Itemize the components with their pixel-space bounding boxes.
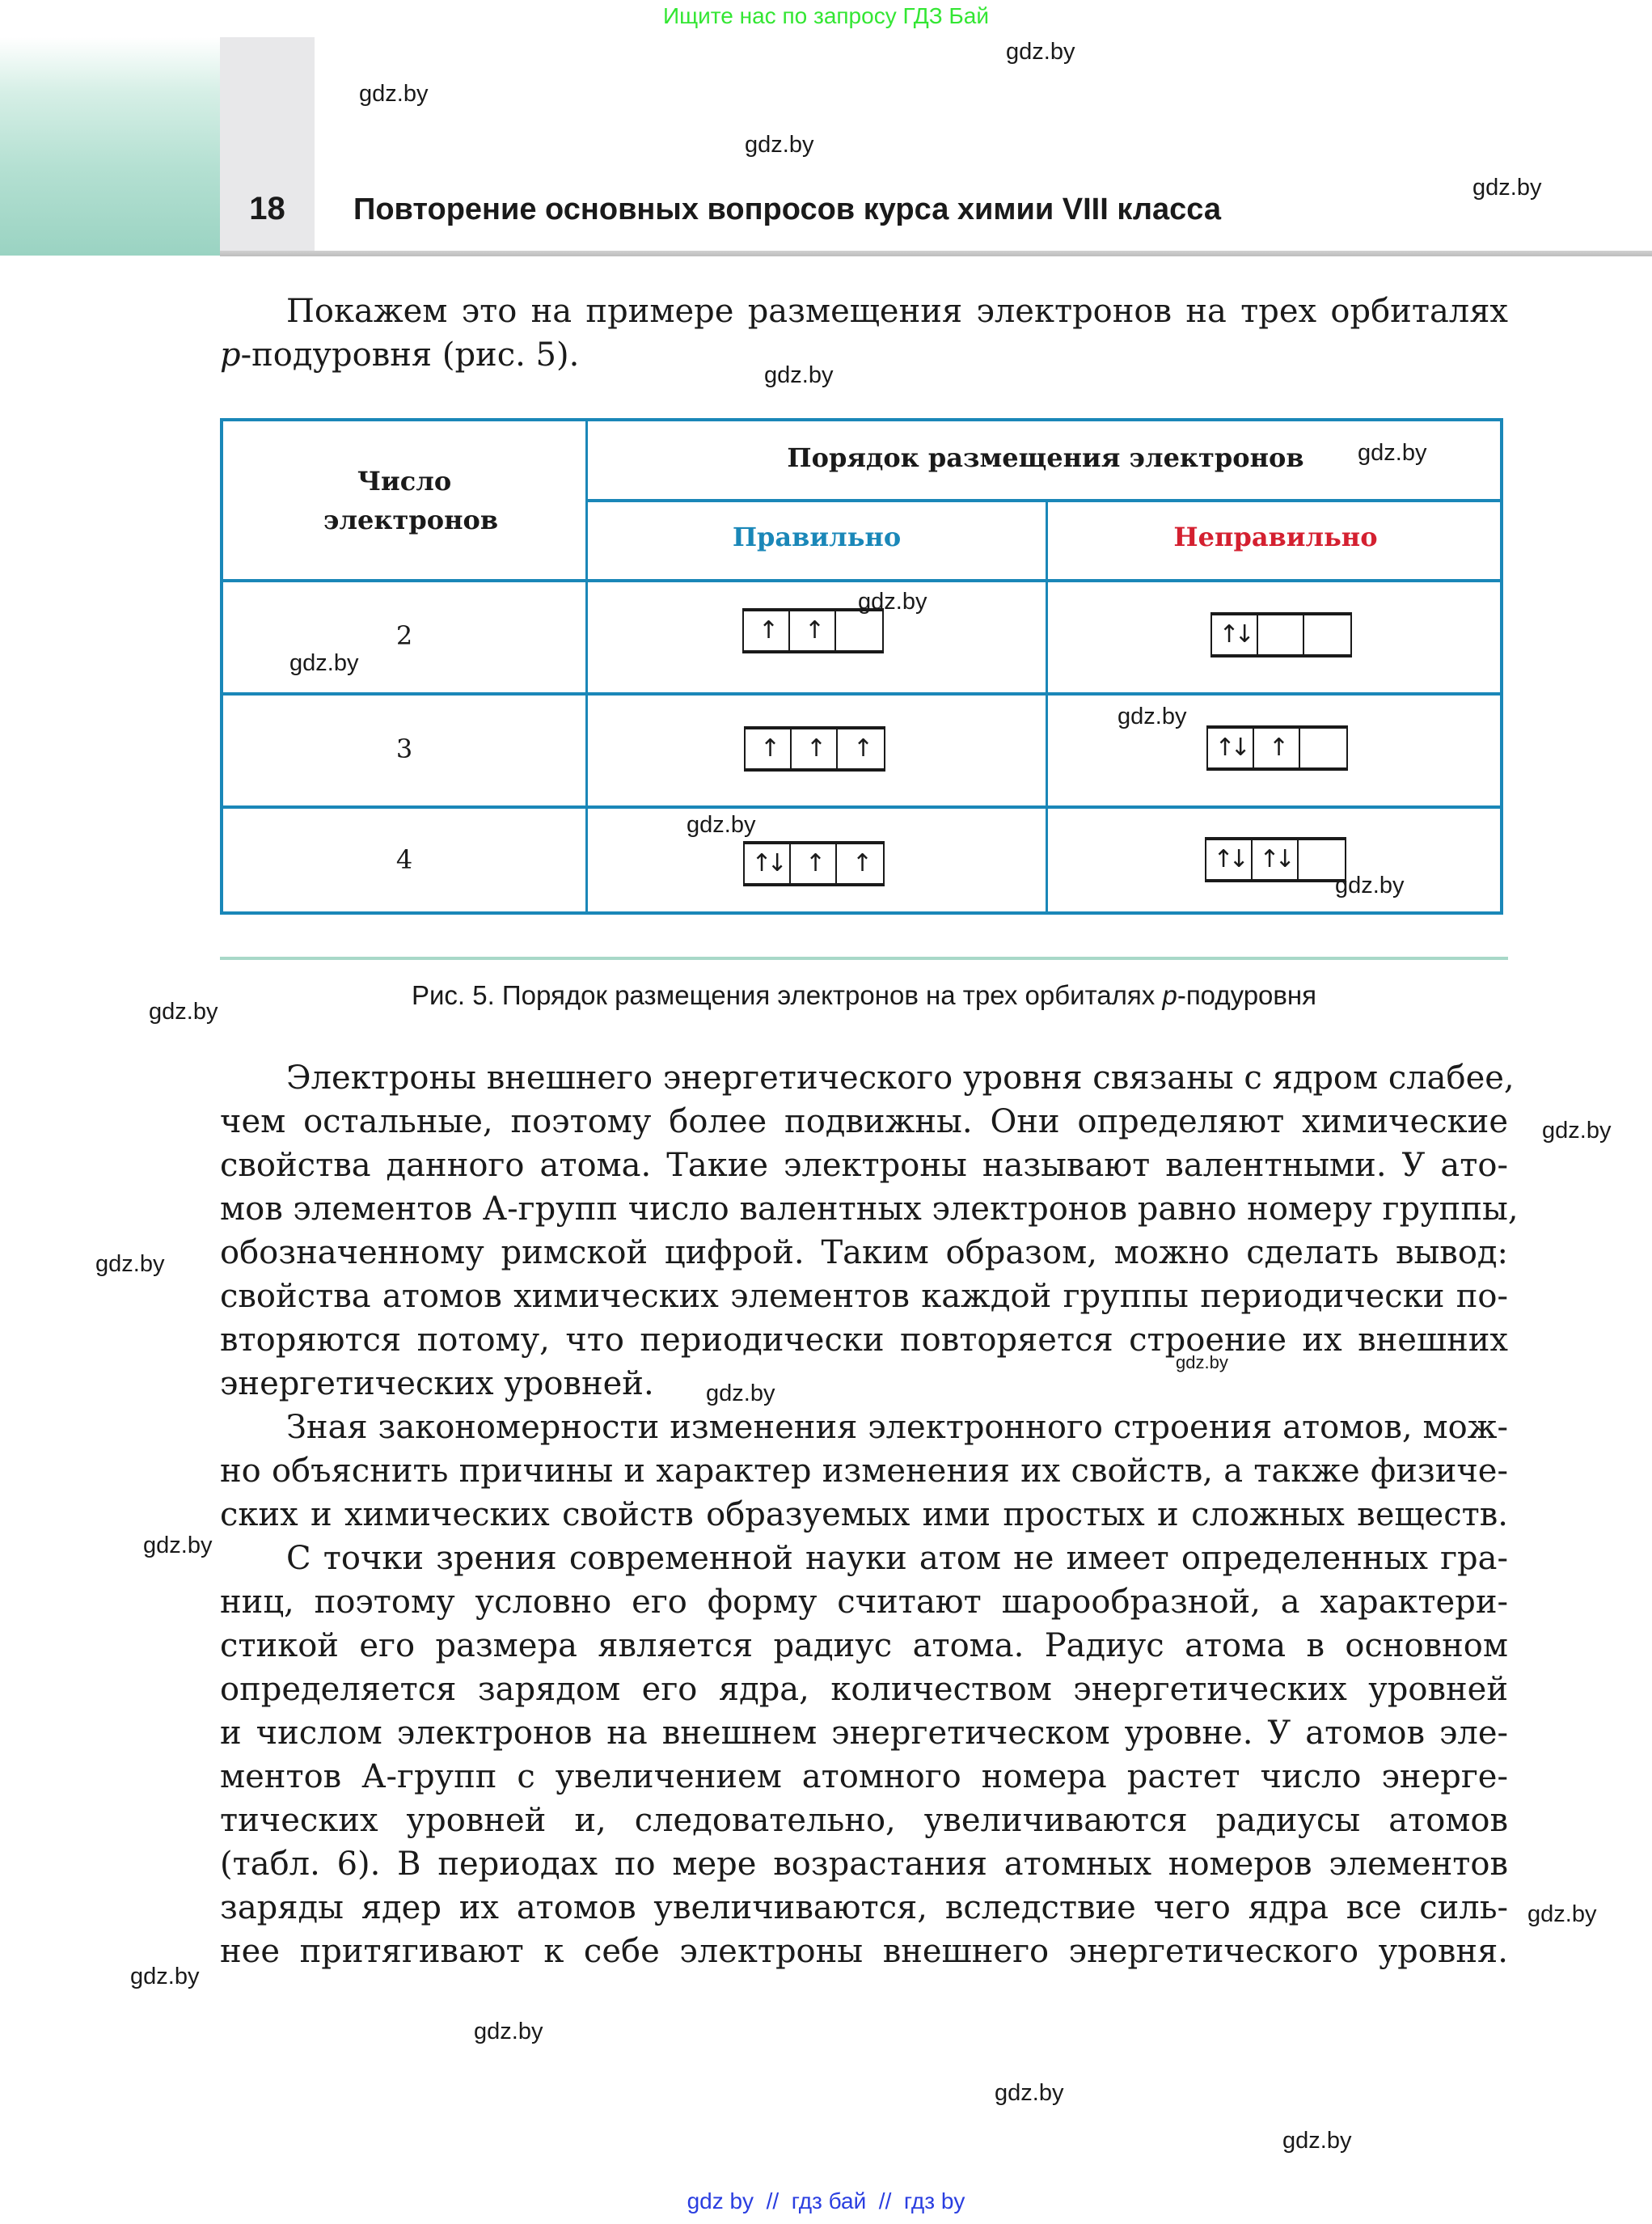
chapter-title: Повторение основных вопросов курса химии…	[353, 192, 1221, 227]
text-line: но объяснить причины и характер изменени…	[220, 1449, 1508, 1493]
footer-links[interactable]: gdz by // гдз бай // гдз by	[0, 2188, 1652, 2214]
paragraph-valence-electrons: Электроны внешнего энергетического уровн…	[220, 1056, 1508, 1406]
header-gradient-band	[0, 37, 220, 256]
watermark: gdz.by	[474, 2019, 543, 2045]
text-line: ских и химических свойств образуемых ими…	[220, 1493, 1508, 1537]
watermark: gdz.by	[1472, 175, 1541, 201]
orbital-cell: ↑↓	[1208, 729, 1254, 767]
header-rule	[220, 251, 1652, 256]
orbital-diagram-correct: ↑↓ ↑ ↑	[743, 841, 885, 886]
text-line: свойства атомов химических элементов каж…	[220, 1275, 1508, 1318]
watermark: gdz.by	[706, 1380, 775, 1407]
text-line: тических уровней и, следовательно, увели…	[220, 1799, 1508, 1842]
text-line: и числом электронов на внешнем энергетич…	[220, 1711, 1508, 1755]
orbital-cell: ↑↓	[1206, 840, 1253, 879]
header-correct: Правильно	[588, 522, 1046, 552]
text-line: чем остальные, поэтому более подвижны. О…	[220, 1100, 1508, 1144]
orbital-cell: ↑↓	[1212, 615, 1258, 654]
text-line: (табл. 6). В периодах по мере возрастани…	[220, 1842, 1508, 1886]
search-hint-banner: Ищите нас по запросу ГДЗ Бай	[0, 3, 1652, 29]
orbital-cell: ↑	[838, 729, 884, 768]
row-electron-count: 2	[223, 620, 585, 651]
paragraph-regularities: Зная закономерности изменения электронно…	[220, 1406, 1508, 1537]
watermark: gdz.by	[1118, 704, 1186, 730]
orbital-diagram-correct: ↑ ↑ ↑	[744, 726, 885, 772]
orbital-cell	[1304, 615, 1350, 654]
orbital-cell: ↑	[746, 729, 792, 768]
watermark: gdz.by	[1542, 1118, 1611, 1144]
page-number: 18	[220, 191, 315, 227]
watermark: gdz.by	[1006, 39, 1075, 66]
row-electron-count: 3	[223, 734, 585, 764]
orbital-cell: ↑↓	[1253, 840, 1299, 879]
watermark: gdz.by	[995, 2080, 1063, 2107]
table-divider	[1046, 499, 1048, 915]
header-electron-count: Число электронов	[223, 462, 585, 539]
figure-caption: Рис. 5. Порядок размещения электронов на…	[220, 980, 1508, 1011]
orbital-cell: ↑↓	[745, 844, 791, 883]
paragraph-atomic-radius: С точки зрения современной науки атом не…	[220, 1537, 1508, 1973]
orbital-cell: ↑	[837, 844, 883, 883]
watermark: gdz.by	[858, 589, 927, 615]
table-divider	[223, 692, 1503, 696]
text-line: определяется зарядом его ядра, количеств…	[220, 1668, 1508, 1711]
header-incorrect: Неправильно	[1048, 522, 1503, 552]
text-line: Электроны внешнего энергетического уровн…	[220, 1056, 1508, 1100]
watermark: gdz.by	[289, 650, 358, 677]
text-line: Зная закономерности изменения электронно…	[220, 1406, 1508, 1449]
orbital-cell: ↑	[792, 729, 838, 768]
table-divider	[585, 499, 1503, 502]
orbital-cell: ↑	[1254, 729, 1300, 767]
text-line: стикой его размера является радиус атома…	[220, 1624, 1508, 1668]
orbital-diagram-incorrect: ↑↓	[1210, 612, 1352, 657]
watermark: gdz.by	[687, 812, 755, 839]
orbital-cell: ↑	[791, 844, 837, 883]
watermark: gdz.by	[764, 362, 833, 389]
intro-line: Покажем это на примере размещения электр…	[220, 290, 1508, 333]
watermark: gdz.by	[1527, 1901, 1596, 1928]
intro-paragraph: Покажем это на примере размещения электр…	[220, 290, 1508, 377]
text-line: заряды ядер их атомов увеличиваются, всл…	[220, 1886, 1508, 1930]
orbital-cell	[1258, 615, 1304, 654]
text-line: С точки зрения современной науки атом не…	[220, 1537, 1508, 1580]
orbital-figure-table: Число электронов Порядок размещения элек…	[220, 418, 1503, 915]
text-line: ментов А-групп с увеличением атомного но…	[220, 1755, 1508, 1799]
italic-p: p	[220, 336, 241, 374]
text-line: нее притягивают к себе электроны внешнег…	[220, 1930, 1508, 1973]
table-divider	[223, 579, 1503, 582]
orbital-cell: ↑	[744, 611, 790, 650]
text-line: свойства данного атома. Такие электроны …	[220, 1144, 1508, 1187]
orbital-diagram-incorrect: ↑↓ ↑	[1206, 725, 1348, 771]
text-line: ниц, поэтому условно его форму считают ш…	[220, 1580, 1508, 1624]
watermark: gdz.by	[1176, 1352, 1228, 1373]
table-divider	[585, 421, 588, 915]
watermark: gdz.by	[130, 1964, 199, 1990]
watermark: gdz.by	[149, 999, 218, 1025]
table-divider	[223, 805, 1503, 809]
orbital-cell: ↑	[790, 611, 836, 650]
caption-rule	[220, 957, 1508, 960]
watermark: gdz.by	[1358, 440, 1426, 467]
intro-line: p-подуровня (рис. 5).	[220, 333, 1508, 377]
text-line: мов элементов А-групп число валентных эл…	[220, 1187, 1508, 1231]
text-line: вторяются потому, что периодически повто…	[220, 1318, 1508, 1362]
watermark: gdz.by	[745, 132, 813, 159]
row-electron-count: 4	[223, 844, 585, 875]
watermark: gdz.by	[1282, 2128, 1351, 2154]
watermark: gdz.by	[143, 1533, 212, 1559]
text-line: обозначенному римской цифрой. Таким обра…	[220, 1231, 1508, 1275]
orbital-diagram-incorrect: ↑↓ ↑↓	[1205, 837, 1346, 882]
orbital-cell	[836, 611, 882, 650]
watermark: gdz.by	[95, 1251, 164, 1278]
text-line: энергетических уровней.	[220, 1362, 1508, 1406]
watermark: gdz.by	[1335, 873, 1404, 899]
orbital-cell	[1300, 729, 1346, 767]
watermark: gdz.by	[359, 81, 428, 108]
